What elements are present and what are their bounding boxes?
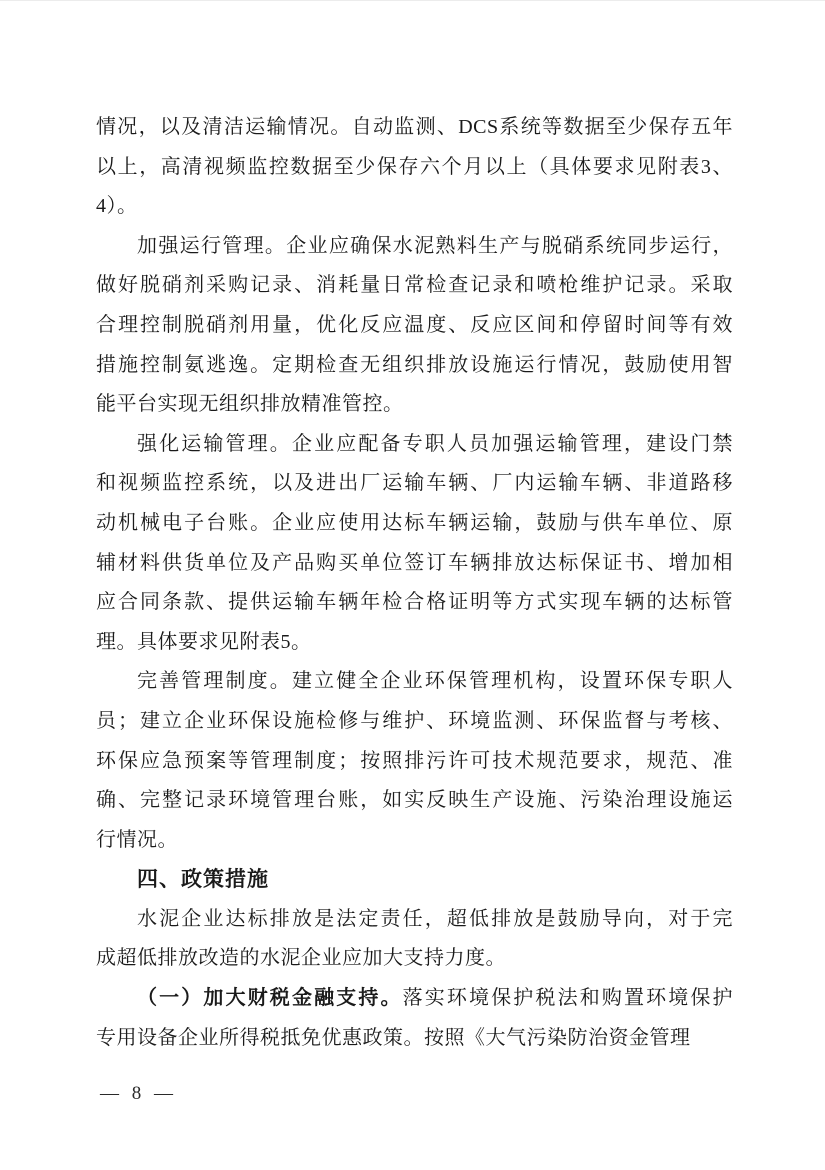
text-segment: 措施控制氨逃逸。定期检查无组织排放设施运行情况，鼓励使用智: [96, 354, 733, 376]
text-line: 和视频监控系统，以及进出厂运输车辆、厂内运输车辆、非道路移: [96, 464, 733, 504]
text-segment: 理。具体要求见附表5。: [96, 631, 312, 653]
text-line: 水泥企业达标排放是法定责任，超低排放是鼓励导向，对于完: [96, 900, 733, 940]
text-segment: 成超低排放改造的水泥企业应加大支持力度。: [96, 947, 506, 969]
text-line: 辅材料供货单位及产品购买单位签订车辆排放达标保证书、增加相: [96, 544, 733, 584]
document-page: 情况，以及清洁运输情况。自动监测、DCS系统等数据至少保存五年以上，高清视频监控…: [0, 0, 825, 1170]
text-line: 情况，以及清洁运输情况。自动监测、DCS系统等数据至少保存五年: [96, 108, 733, 148]
bold-text-segment: （一）加大财税金融支持。: [137, 987, 403, 1009]
text-line: 完善管理制度。建立健全企业环保管理机构，设置环保专职人: [96, 662, 733, 702]
para-data-retention-continuation: 情况，以及清洁运输情况。自动监测、DCS系统等数据至少保存五年以上，高清视频监控…: [96, 108, 733, 227]
text-segment: 员；建立企业环保设施检修与维护、环境监测、环保监督与考核、: [96, 710, 733, 732]
text-line: （一）加大财税金融支持。落实环境保护税法和购置环境保护: [96, 979, 733, 1019]
text-segment: 确、完整记录环境管理台账，如实反映生产设施、污染治理设施运: [96, 789, 733, 811]
text-segment: 以上，高清视频监控数据至少保存六个月以上（具体要求见附表3、: [96, 156, 733, 178]
para-management-system: 完善管理制度。建立健全企业环保管理机构，设置环保专职人员；建立企业环保设施检修与…: [96, 662, 733, 860]
text-line: 行情况。: [96, 821, 733, 861]
text-segment: 应合同条款、提供运输车辆年检合格证明等方式实现车辆的达标管: [96, 591, 733, 613]
para-policy-intro: 水泥企业达标排放是法定责任，超低排放是鼓励导向，对于完成超低排放改造的水泥企业应…: [96, 900, 733, 979]
text-segment: 专用设备企业所得税抵免优惠政策。按照《大气污染防治资金管理: [96, 1027, 691, 1049]
text-segment: 和视频监控系统，以及进出厂运输车辆、厂内运输车辆、非道路移: [96, 472, 733, 494]
text-segment: 落实环境保护税法和购置环境保护: [403, 987, 733, 1009]
text-line: 强化运输管理。企业应配备专职人员加强运输管理，建设门禁: [96, 425, 733, 465]
para-transport-management: 强化运输管理。企业应配备专职人员加强运输管理，建设门禁和视频监控系统，以及进出厂…: [96, 425, 733, 663]
text-segment: 能平台实现无组织排放精准管控。: [96, 393, 404, 415]
text-line: 环保应急预案等管理制度；按照排污许可技术规范要求，规范、准: [96, 742, 733, 782]
text-segment: 行情况。: [96, 829, 178, 851]
text-line: 成超低排放改造的水泥企业应加大支持力度。: [96, 939, 733, 979]
text-line: 做好脱硝剂采购记录、消耗量日常检查记录和喷枪维护记录。采取: [96, 266, 733, 306]
text-line: 理。具体要求见附表5。: [96, 623, 733, 663]
text-segment: 动机械电子台账。企业应使用达标车辆运输，鼓励与供车单位、原: [96, 512, 733, 534]
para-operation-management: 加强运行管理。企业应确保水泥熟料生产与脱硝系统同步运行，做好脱硝剂采购记录、消耗…: [96, 227, 733, 425]
text-segment: 情况，以及清洁运输情况。自动监测、DCS系统等数据至少保存五年: [96, 116, 733, 138]
text-line: 专用设备企业所得税抵免优惠政策。按照《大气污染防治资金管理: [96, 1019, 733, 1059]
text-segment: 辅材料供货单位及产品购买单位签订车辆排放达标保证书、增加相: [96, 552, 733, 574]
text-segment: 水泥企业达标排放是法定责任，超低排放是鼓励导向，对于完: [137, 908, 733, 930]
text-line: 动机械电子台账。企业应使用达标车辆运输，鼓励与供车单位、原: [96, 504, 733, 544]
text-line: 员；建立企业环保设施检修与维护、环境监测、环保监督与考核、: [96, 702, 733, 742]
text-segment: 合理控制脱硝剂用量，优化反应温度、反应区间和停留时间等有效: [96, 314, 733, 336]
section-heading-policy-measures: 四、政策措施: [96, 860, 733, 900]
text-line: 应合同条款、提供运输车辆年检合格证明等方式实现车辆的达标管: [96, 583, 733, 623]
text-segment: 加强运行管理。企业应确保水泥熟料生产与脱硝系统同步运行，: [137, 235, 733, 257]
text-line: 加强运行管理。企业应确保水泥熟料生产与脱硝系统同步运行，: [96, 227, 733, 267]
para-fiscal-financial-support: （一）加大财税金融支持。落实环境保护税法和购置环境保护专用设备企业所得税抵免优惠…: [96, 979, 733, 1058]
text-segment: 四、政策措施: [137, 868, 269, 891]
document-body: 情况，以及清洁运输情况。自动监测、DCS系统等数据至少保存五年以上，高清视频监控…: [96, 108, 733, 1058]
text-line: 能平台实现无组织排放精准管控。: [96, 385, 733, 425]
text-line: 合理控制脱硝剂用量，优化反应温度、反应区间和停留时间等有效: [96, 306, 733, 346]
text-segment: 4）。: [96, 195, 138, 217]
text-line: 4）。: [96, 187, 733, 227]
text-segment: 完善管理制度。建立健全企业环保管理机构，设置环保专职人: [137, 670, 733, 692]
text-line: 确、完整记录环境管理台账，如实反映生产设施、污染治理设施运: [96, 781, 733, 821]
text-segment: 环保应急预案等管理制度；按照排污许可技术规范要求，规范、准: [96, 750, 733, 772]
text-line: 四、政策措施: [96, 860, 733, 900]
text-line: 以上，高清视频监控数据至少保存六个月以上（具体要求见附表3、: [96, 148, 733, 188]
text-segment: 做好脱硝剂采购记录、消耗量日常检查记录和喷枪维护记录。采取: [96, 274, 733, 296]
text-segment: 强化运输管理。企业应配备专职人员加强运输管理，建设门禁: [137, 433, 733, 455]
page-number: — 8 —: [100, 1083, 177, 1105]
text-line: 措施控制氨逃逸。定期检查无组织排放设施运行情况，鼓励使用智: [96, 346, 733, 386]
